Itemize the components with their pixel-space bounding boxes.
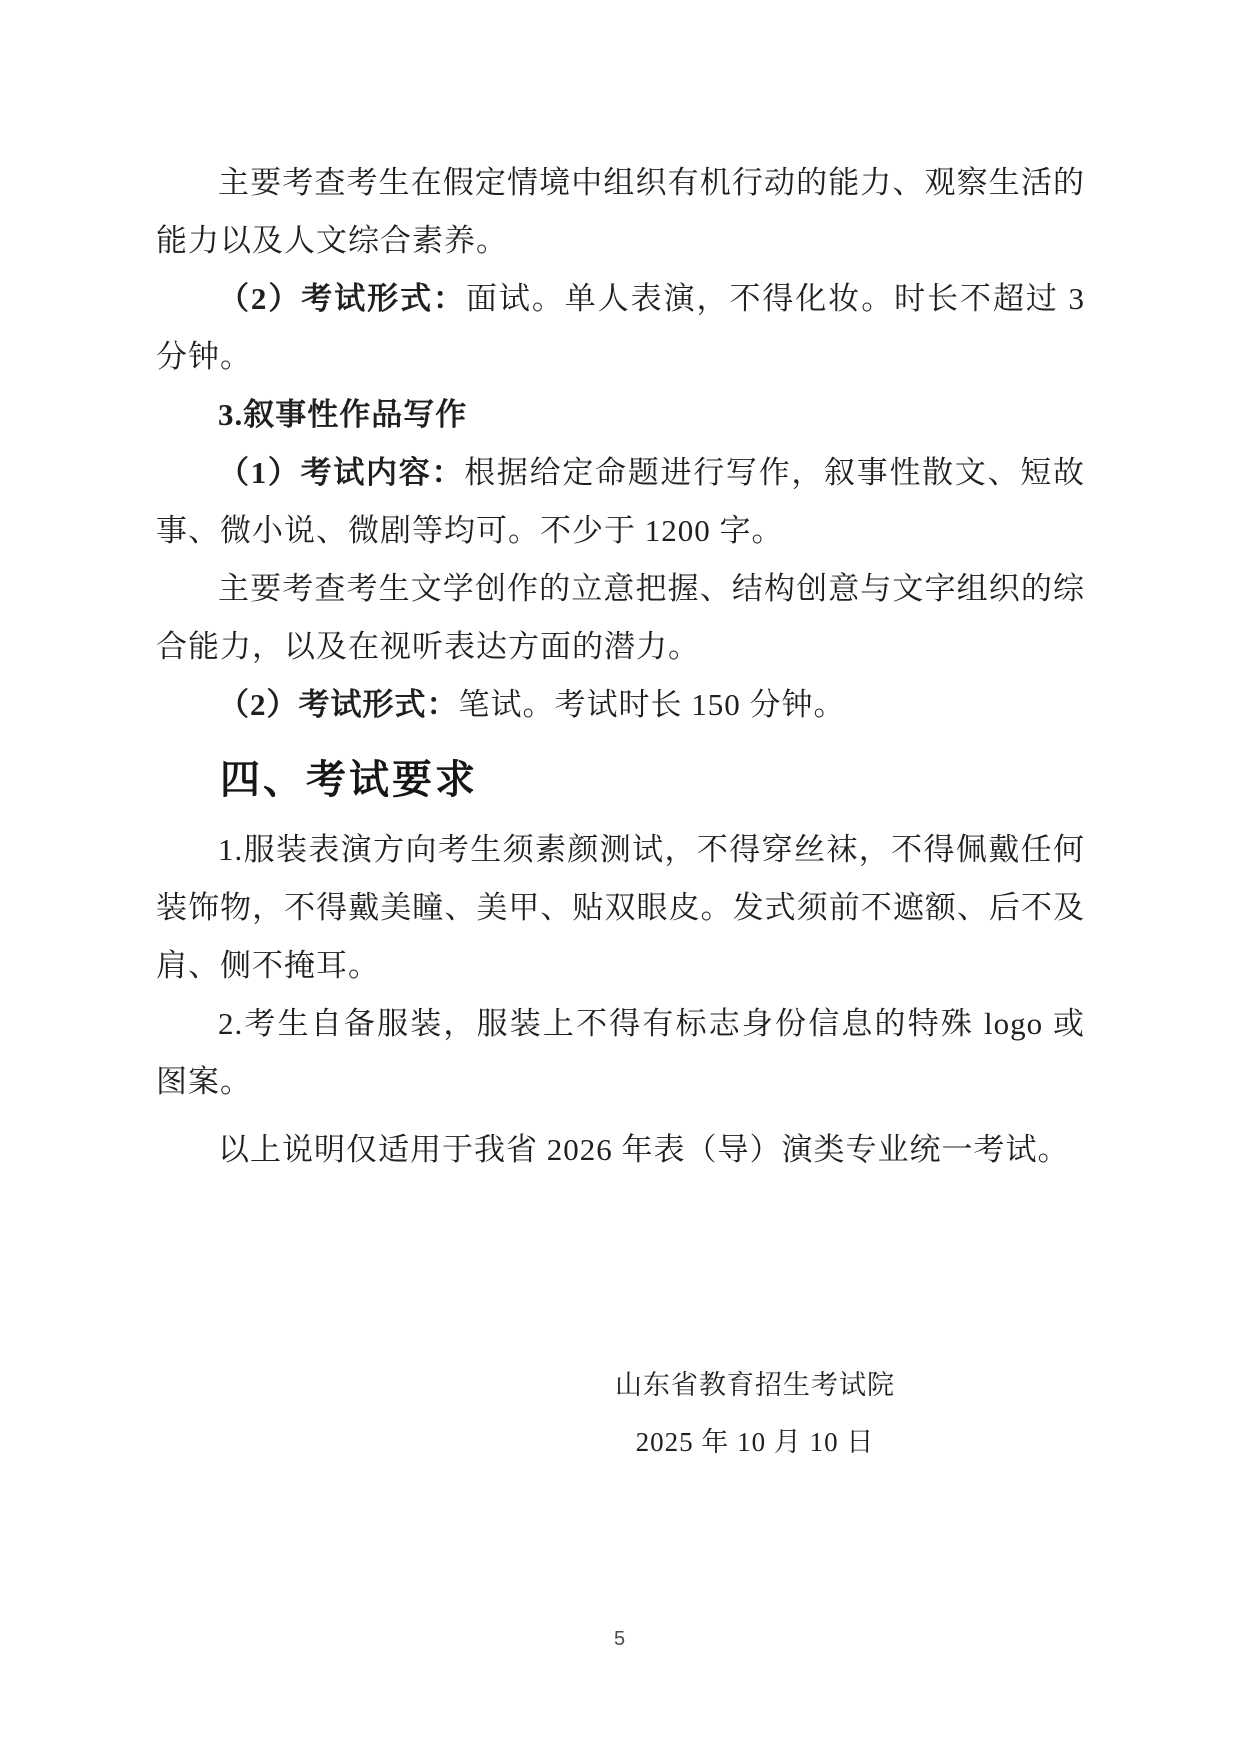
signature-date: 2025 年 10 月 10 日 — [615, 1414, 895, 1471]
closing-statement: 以上说明仅适用于我省 2026 年表（导）演类专业统一考试。 — [156, 1121, 1085, 1179]
paragraph-text: 1.服装表演方向考生须素颜测试，不得穿丝袜，不得佩戴任何装饰物，不得戴美瞳、美甲… — [156, 832, 1085, 983]
paragraph: 主要考查考生在假定情境中组织有机行动的能力、观察生活的能力以及人文综合素养。 — [156, 154, 1085, 270]
signature-block: 山东省教育招生考试院 2025 年 10 月 10 日 — [615, 1357, 895, 1471]
paragraph-bold-label: （2）考试形式： — [218, 281, 466, 316]
paragraph-bold-label: （2）考试形式： — [218, 687, 459, 722]
paragraph: （2）考试形式：笔试。考试时长 150 分钟。 — [156, 676, 1085, 734]
section-heading-exam-requirements: 四、考试要求 — [156, 751, 1085, 809]
paragraph-text: 2.考生自备服装，服装上不得有标志身份信息的特殊 logo 或图案。 — [156, 1006, 1085, 1099]
subheading-narrative-writing: 3.叙事性作品写作 — [156, 386, 1085, 444]
paragraph: （2）考试形式：面试。单人表演，不得化妆。时长不超过 3 分钟。 — [156, 270, 1085, 386]
paragraph-text: 以上说明仅适用于我省 2026 年表（导）演类专业统一考试。 — [218, 1132, 1070, 1167]
paragraph-bold-label: （1）考试内容： — [218, 455, 464, 490]
paragraph-text: 主要考查考生文学创作的立意把握、结构创意与文字组织的综合能力，以及在视听表达方面… — [156, 571, 1085, 664]
paragraph: 主要考查考生文学创作的立意把握、结构创意与文字组织的综合能力，以及在视听表达方面… — [156, 560, 1085, 676]
page-footer: 5 — [0, 1628, 1240, 1651]
paragraph: 2.考生自备服装，服装上不得有标志身份信息的特殊 logo 或图案。 — [156, 995, 1085, 1111]
document-page: 主要考查考生在假定情境中组织有机行动的能力、观察生活的能力以及人文综合素养。 （… — [0, 0, 1240, 1753]
paragraph-text: 主要考查考生在假定情境中组织有机行动的能力、观察生活的能力以及人文综合素养。 — [156, 165, 1085, 258]
page-number: 5 — [614, 1628, 626, 1650]
document-body: 主要考查考生在假定情境中组织有机行动的能力、观察生活的能力以及人文综合素养。 （… — [156, 154, 1085, 1471]
paragraph-text: 笔试。考试时长 150 分钟。 — [459, 687, 846, 722]
paragraph: （1）考试内容：根据给定命题进行写作，叙事性散文、短故事、微小说、微剧等均可。不… — [156, 444, 1085, 560]
signature-organization: 山东省教育招生考试院 — [615, 1357, 895, 1414]
paragraph: 1.服装表演方向考生须素颜测试，不得穿丝袜，不得佩戴任何装饰物，不得戴美瞳、美甲… — [156, 821, 1085, 995]
